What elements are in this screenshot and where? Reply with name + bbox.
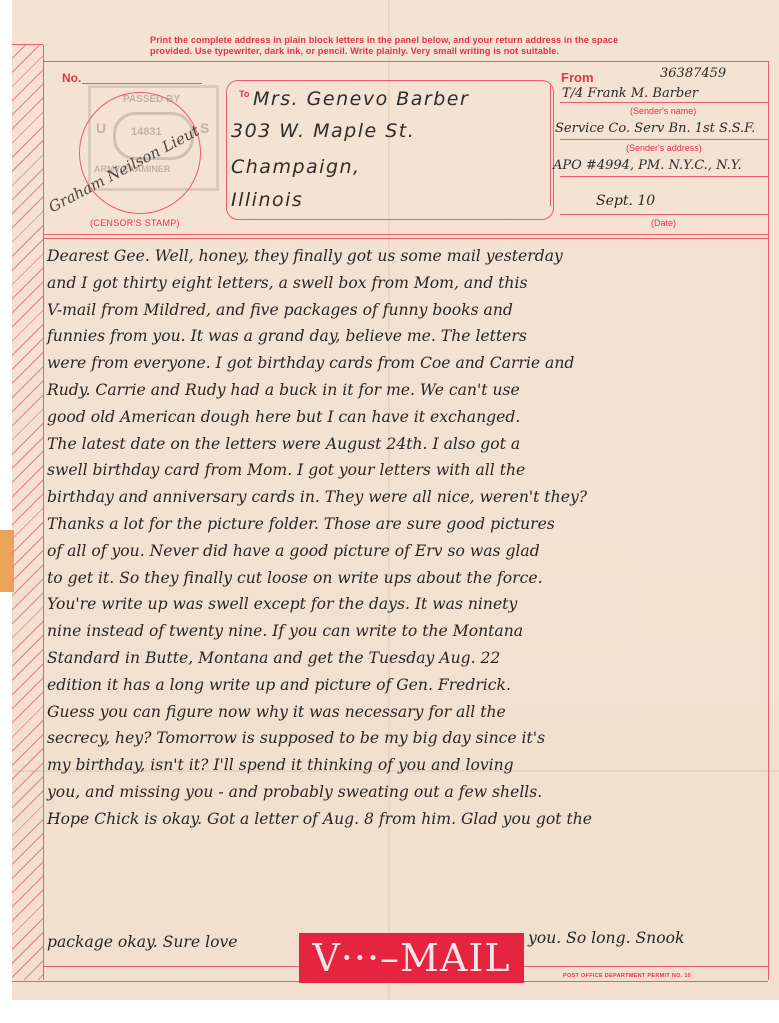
date-line bbox=[560, 214, 768, 215]
letter-line: nine instead of twenty nine. If you can … bbox=[47, 618, 767, 645]
to-label: To bbox=[239, 89, 249, 99]
letter-line: secrecy, hey? Tomorrow is supposed to be… bbox=[47, 725, 767, 752]
form-instructions: Print the complete address in plain bloc… bbox=[150, 35, 710, 57]
letter-line: funnies from you. It was a grand day, be… bbox=[47, 323, 767, 350]
sender-address-line bbox=[560, 139, 768, 140]
sender-address-line-2 bbox=[560, 176, 768, 177]
sender-name-line bbox=[560, 102, 768, 103]
letter-line: swell birthday card from Mom. I got your… bbox=[47, 457, 767, 484]
from-label: From bbox=[561, 70, 594, 85]
letter-closing: package okay. Sure love bbox=[47, 933, 238, 951]
number-field-line bbox=[82, 83, 202, 84]
letter-body: Dearest Gee. Well, honey, they finally g… bbox=[47, 243, 767, 833]
letter-line: Standard in Butte, Montana and get the T… bbox=[47, 645, 767, 672]
letter-line: my birthday, isn't it? I'll spend it thi… bbox=[47, 752, 767, 779]
sender-address-1: Service Co. Serv Bn. 1st S.S.F. bbox=[555, 121, 755, 136]
right-border bbox=[768, 61, 769, 980]
from-panel-left-edge bbox=[550, 86, 551, 206]
form-bottom-rule-right bbox=[524, 981, 768, 982]
hatched-margin bbox=[12, 45, 44, 980]
letter-line: Dearest Gee. Well, honey, they finally g… bbox=[47, 243, 767, 270]
sender-address-label: (Sender's address) bbox=[626, 143, 702, 153]
letter-bottom-rule-left bbox=[43, 966, 299, 967]
date-label: (Date) bbox=[651, 218, 676, 228]
letter-line: of all of you. Never did have a good pic… bbox=[47, 538, 767, 565]
letter-line: Thanks a lot for the picture folder. Tho… bbox=[47, 511, 767, 538]
recipient-state: Illinois bbox=[231, 189, 303, 211]
letter-line: The latest date on the letters were Augu… bbox=[47, 431, 767, 458]
instructions-line-2: provided. Use typewriter, dark ink, or p… bbox=[150, 46, 710, 57]
form-bottom-rule-left bbox=[12, 981, 299, 982]
sender-address-2: APO #4994, PM. N.Y.C., N.Y. bbox=[553, 158, 742, 173]
sender-serial-number: 36387459 bbox=[660, 66, 726, 81]
letter-line: Guess you can figure now why it was nece… bbox=[47, 699, 767, 726]
letter-line: birthday and anniversary cards in. They … bbox=[47, 484, 767, 511]
vmail-logo: V···–MAIL bbox=[299, 933, 524, 983]
number-label: No. bbox=[62, 71, 81, 85]
header-rule bbox=[43, 61, 768, 62]
instructions-line-1: Print the complete address in plain bloc… bbox=[150, 35, 710, 46]
sender-name-value: T/4 Frank M. Barber bbox=[562, 86, 698, 101]
recipient-street: 303 W. Maple St. bbox=[231, 120, 415, 142]
letter-line: edition it has a long write up and pictu… bbox=[47, 672, 767, 699]
sender-name-label: (Sender's name) bbox=[630, 106, 696, 116]
letter-line: and I got thirty eight letters, a swell … bbox=[47, 270, 767, 297]
letter-signature: you. So long. Snook bbox=[528, 929, 684, 947]
letter-line: V-mail from Mildred, and five packages o… bbox=[47, 297, 767, 324]
letter-line: good old American dough here but I can h… bbox=[47, 404, 767, 431]
letter-line: to get it. So they finally cut loose on … bbox=[47, 565, 767, 592]
address-section-bottom-rule bbox=[43, 234, 768, 235]
recipient-name: Mrs. Genevo Barber bbox=[253, 88, 469, 110]
recipient-city: Champaign, bbox=[231, 156, 361, 178]
letter-line: you, and missing you - and probably swea… bbox=[47, 779, 767, 806]
letter-line: Rudy. Carrie and Rudy had a buck in it f… bbox=[47, 377, 767, 404]
stamp-letter-s: S bbox=[200, 120, 209, 136]
letter-top-rule bbox=[43, 238, 768, 239]
letter-date: Sept. 10 bbox=[596, 193, 655, 209]
censor-stamp-label: (CENSOR'S STAMP) bbox=[90, 218, 180, 228]
letter-line: Hope Chick is okay. Got a letter of Aug.… bbox=[47, 806, 767, 833]
post-office-permit: POST OFFICE DEPARTMENT PERMIT NO. 10 bbox=[563, 973, 691, 979]
letter-line: were from everyone. I got birthday cards… bbox=[47, 350, 767, 377]
letter-bottom-rule-right bbox=[524, 966, 768, 967]
letter-line: You're write up was swell except for the… bbox=[47, 591, 767, 618]
